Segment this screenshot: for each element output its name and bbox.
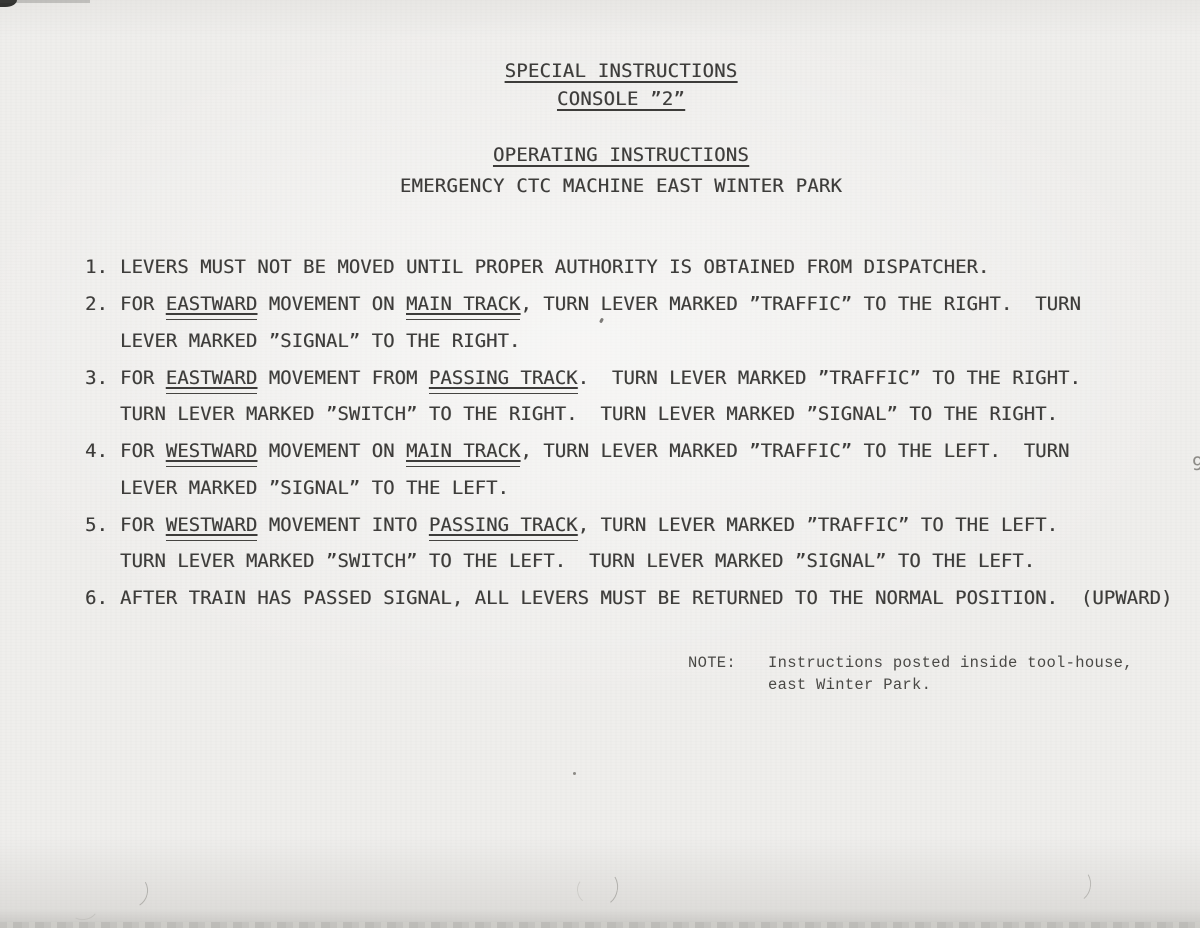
scan-bottom-edge	[0, 922, 1200, 928]
text-segment: LEVER MARKED ”SIGNAL” TO THE RIGHT.	[120, 330, 520, 352]
text-segment: FOR	[120, 367, 166, 389]
item-number: 4.	[85, 440, 120, 462]
item-text: AFTER TRAIN HAS PASSED SIGNAL, ALL LEVER…	[120, 587, 1172, 609]
item-number: 2.	[85, 293, 120, 315]
instruction-item-5-continuation: TURN LEVER MARKED ”SWITCH” TO THE LEFT. …	[85, 543, 1195, 580]
clipped-edge-character: 9	[1192, 453, 1200, 475]
underlined-keyword: EASTWARD	[166, 293, 258, 320]
instruction-item-6: 6. AFTER TRAIN HAS PASSED SIGNAL, ALL LE…	[85, 580, 1195, 617]
item-text: LEVER MARKED ”SIGNAL” TO THE RIGHT.	[120, 330, 520, 352]
item-text: FOR EASTWARD MOVEMENT ON MAIN TRACK, TUR…	[120, 293, 1081, 315]
underlined-keyword: MAIN TRACK	[406, 293, 520, 320]
note-text: Instructions posted inside tool-house,ea…	[768, 652, 1133, 696]
console-subtitle-text: CONSOLE ”2”	[557, 88, 685, 110]
instruction-item-2-continuation: LEVER MARKED ”SIGNAL” TO THE RIGHT.	[85, 323, 1195, 360]
text-segment: MOVEMENT INTO	[257, 514, 429, 536]
instruction-item-3: 3. FOR EASTWARD MOVEMENT FROM PASSING TR…	[85, 359, 1195, 396]
document-title-text: SPECIAL INSTRUCTIONS	[505, 60, 738, 82]
underlined-keyword: EASTWARD	[166, 367, 258, 394]
underlined-keyword: PASSING TRACK	[429, 367, 578, 394]
item-text: FOR WESTWARD MOVEMENT ON MAIN TRACK, TUR…	[120, 440, 1069, 462]
instruction-list: 1. LEVERS MUST NOT BE MOVED UNTIL PROPER…	[85, 249, 1195, 617]
text-segment: MOVEMENT ON	[257, 440, 406, 462]
item-number: 3.	[85, 367, 120, 389]
instruction-item-1: 1. LEVERS MUST NOT BE MOVED UNTIL PROPER…	[85, 249, 1195, 286]
note-line-2: east Winter Park.	[768, 676, 931, 694]
item-text: LEVER MARKED ”SIGNAL” TO THE LEFT.	[120, 477, 509, 499]
item-text: TURN LEVER MARKED ”SWITCH” TO THE LEFT. …	[120, 550, 1035, 572]
text-segment: , TURN LEVER MARKED ”TRAFFIC” TO THE LEF…	[520, 440, 1069, 462]
text-segment: FOR	[120, 293, 166, 315]
instruction-item-3-continuation: TURN LEVER MARKED ”SWITCH” TO THE RIGHT.…	[85, 396, 1195, 433]
note-block: NOTE: Instructions posted inside tool-ho…	[688, 652, 1133, 696]
instruction-item-5: 5. FOR WESTWARD MOVEMENT INTO PASSING TR…	[85, 506, 1195, 543]
document-title: SPECIAL INSTRUCTIONS	[21, 60, 1200, 82]
scan-top-edge-artifact	[0, 0, 90, 3]
underlined-keyword: PASSING TRACK	[429, 514, 578, 541]
item-text: FOR WESTWARD MOVEMENT INTO PASSING TRACK…	[120, 514, 1058, 536]
underlined-keyword: WESTWARD	[166, 440, 258, 467]
scanned-document-page: SPECIAL INSTRUCTIONS CONSOLE ”2” OPERATI…	[0, 0, 1200, 928]
instruction-item-4: 4. FOR WESTWARD MOVEMENT ON MAIN TRACK, …	[85, 433, 1195, 470]
section-title: OPERATING INSTRUCTIONS	[21, 144, 1200, 166]
text-segment: , TURN LEVER MARKED ”TRAFFIC” TO THE LEF…	[578, 514, 1058, 536]
instruction-item-2: 2. FOR EASTWARD MOVEMENT ON MAIN TRACK, …	[85, 286, 1195, 323]
machine-subtitle: EMERGENCY CTC MACHINE EAST WINTER PARK	[21, 175, 1200, 197]
underlined-keyword: WESTWARD	[166, 514, 258, 541]
text-segment: LEVER MARKED ”SIGNAL” TO THE LEFT.	[120, 477, 509, 499]
text-segment: MOVEMENT ON	[257, 293, 406, 315]
section-title-text: OPERATING INSTRUCTIONS	[493, 144, 749, 166]
item-number: 5.	[85, 514, 120, 536]
note-line-1: Instructions posted inside tool-house,	[768, 654, 1133, 672]
item-number: 1.	[85, 256, 120, 278]
text-segment: . TURN LEVER MARKED ”TRAFFIC” TO THE RIG…	[578, 367, 1081, 389]
instruction-item-4-continuation: LEVER MARKED ”SIGNAL” TO THE LEFT.	[85, 470, 1195, 507]
punch-hole-shadow-left	[112, 871, 151, 912]
item-text: TURN LEVER MARKED ”SWITCH” TO THE RIGHT.…	[120, 403, 1058, 425]
text-segment: AFTER TRAIN HAS PASSED SIGNAL, ALL LEVER…	[120, 587, 1172, 609]
underlined-keyword: MAIN TRACK	[406, 440, 520, 467]
text-segment: LEVERS MUST NOT BE MOVED UNTIL PROPER AU…	[120, 256, 989, 278]
punch-hole-shadow-left-faint	[68, 895, 100, 922]
item-number: 6.	[85, 587, 120, 609]
item-text: FOR EASTWARD MOVEMENT FROM PASSING TRACK…	[120, 367, 1081, 389]
text-segment: FOR	[120, 440, 166, 462]
ink-speck	[573, 772, 576, 775]
note-label: NOTE:	[688, 652, 736, 696]
punch-hole-shadow-right	[1060, 866, 1093, 904]
text-segment: FOR	[120, 514, 166, 536]
text-segment: TURN LEVER MARKED ”SWITCH” TO THE LEFT. …	[120, 550, 1035, 572]
text-segment: MOVEMENT FROM	[257, 367, 429, 389]
item-text: LEVERS MUST NOT BE MOVED UNTIL PROPER AU…	[120, 256, 989, 278]
console-subtitle: CONSOLE ”2”	[21, 88, 1200, 110]
text-segment: , TURN LEVER MARKED ”TRAFFIC” TO THE RIG…	[520, 293, 1081, 315]
text-segment: TURN LEVER MARKED ”SWITCH” TO THE RIGHT.…	[120, 403, 1058, 425]
